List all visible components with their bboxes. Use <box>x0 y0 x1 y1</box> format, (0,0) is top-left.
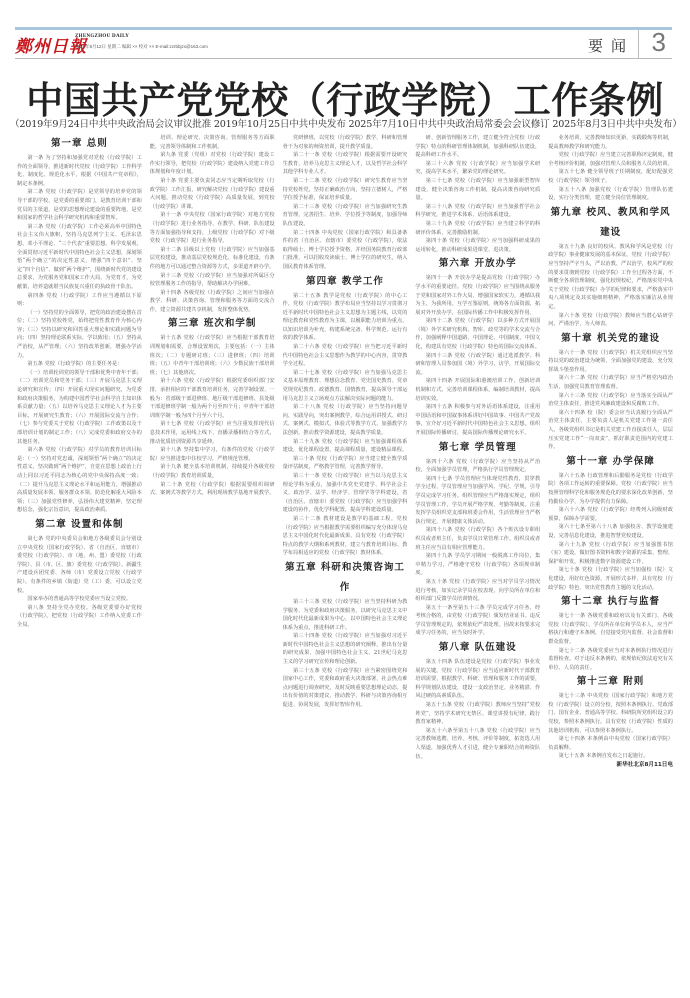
page-number-divider <box>638 30 639 58</box>
article-paragraph: 第十三条 党校（行政学院）应当加强对所属区分校管理服务工作的指导，帮助解决办学困… <box>150 272 275 289</box>
article-paragraph: 第六十三条 党校（行政学院）应当落实全面从严治党主体责任，推进党风廉政建设和反腐… <box>548 392 673 409</box>
article-paragraph: 第五十七条 健全领导班子任期制度，配好配强党校（行政学院）领导班子。 <box>548 168 673 185</box>
article-paragraph: 第三十三条 党校（行政学院）应当坚持科研为教学服务、为党委和政府决策服务，以研究… <box>283 598 408 632</box>
article-paragraph: 第四十九条 学员学习期间一般脱离工作岗位，集中精力学习，严格遵守党校（行政学院）… <box>415 552 540 578</box>
newspaper-name-en: ZHENGZHOU DAILY <box>75 34 129 39</box>
article-paragraph: 第六十九条 党校（行政学院）应当加强图书馆（室）建设，做好图书资料和数字资源的采… <box>548 541 673 567</box>
article-paragraph: 第四条 党校（行政学院）工作应当遵循以下原则： <box>17 292 142 309</box>
article-paragraph: 第三十九条 党校（行政学院）应当建立科学的科研评价体系，完善激励机制。 <box>415 220 540 237</box>
article-paragraph: 第七条 党的中央委员会和地方各级委员会分别设立中央党校（国家行政学院）、省（自治… <box>17 535 142 595</box>
article-paragraph: 第六条 党校（行政学院）对学员的教育培训目标是：（一）坚持对党忠诚，深刻领悟“两… <box>17 446 142 515</box>
article-paragraph: 第二十一条 党校（行政学院）根据需要开设研究生教育，培养马克思主义理论人才，以及… <box>283 151 408 177</box>
article-paragraph: 第二十六条 党校（行政学院）应当把习近平新时代中国特色社会主义思想作为教学的中心… <box>283 343 408 369</box>
article-paragraph: 第四十二条 党校（行政学院）以多种方式开展国（境）外学术研究机构、智库、政党等的… <box>415 317 540 351</box>
article-paragraph: 第七十四条 本条例由中央党校（国家行政学院）负责解释。 <box>548 735 673 752</box>
article-paragraph: 第九条 党委（党组）对党校（行政学院）建设工作实行领导，把党校（行政学院）建设纳… <box>150 151 275 177</box>
article-paragraph: 第二十二条 党校（行政学院）研究生教育应当坚持党校姓党，坚持正确政治方向，坚持立… <box>283 177 408 203</box>
article-paragraph: 第二十三条 党校（行政学院）应当加强研究生教育管理，完善招生、培养、学位授予等制… <box>283 203 408 229</box>
article-paragraph: 第六十七条至第六十八条 加强校舍、教学设施建设，完善信息化建设，推进智慧党校建设… <box>548 523 673 540</box>
article-paragraph: 第三条 党校（行政学院）工作必须高举中国特色社会主义伟大旗帜，坚持马克思列宁主义… <box>17 223 142 292</box>
chapter-heading: 第五章 科研和决策咨询工作 <box>283 558 408 598</box>
article-paragraph: 第五十六条至第五十八条 党校（行政学院）应当完善教师选聘、培养、考核、评价等制度… <box>415 727 540 761</box>
article-byline: 新华社北京8月11日电 <box>548 761 673 770</box>
article-paragraph: 第七十一条 各级党委和政府以及有关部门、各级党校（行政学院）、学员所在单位和学员… <box>548 612 673 646</box>
article-paragraph: 第五十四条 队伍建设是党校（行政学院）事业发展的关键。党校（行政学院）应当适应新… <box>415 658 540 701</box>
article-paragraph: 第十二条 县级以上党校（行政学院）应当加强基层党校建设，推动基层党校规范化、标准… <box>150 246 275 272</box>
page-number: 3 <box>652 27 666 58</box>
article-paragraph: 第六十条 党校（行政学院）教师应当潜心钻研学问，严谨治学，为人师表。 <box>548 312 673 329</box>
article-paragraph: 第三十条 党校（行政学院）应当建立健全教学质量评估制度，严格教学管理，完善教学督… <box>283 455 408 472</box>
article-paragraph: 第六十五条 行政管理和后勤服务是党校（行政学院）各项工作运转的重要保障。党校（行… <box>548 472 673 506</box>
column-4: 研、创新管理服务工作，建立健全符合党校（行政学院）特点的科研管理体制机制，加强科… <box>415 134 540 988</box>
article-paragraph: 第五条 党校（行政学院）的主要任务是： <box>17 360 142 369</box>
chapter-heading: 第三章 班次和学制 <box>150 314 275 334</box>
chapter-heading: 第六章 开放办学 <box>415 254 540 274</box>
column-3: 党研修班，以党校（行政学院）教学、科研和管理骨干为对象的师资培训，提升教学质量。… <box>283 134 408 988</box>
article-paragraph: 第五十八条 加强党校（行政学院）管理队伍建设，实行分类管理，建立健全岗位管理制度… <box>548 186 673 203</box>
article-paragraph: 第三十一条 党校（行政学院）应当以马克思主义理论学科为重点，加强中共党史党建学、… <box>283 472 408 515</box>
article-paragraph: 第三十八条 党校（行政学院）应当加强哲学社会科学研究，推进学术体系、话语体系建设… <box>415 203 540 220</box>
chapter-heading: 第十三章 附则 <box>548 672 673 692</box>
article-paragraph: 第四十三条 党校（行政学院）通过选派教学、科研和管理人员参加国（境）外学习、访学… <box>415 352 540 378</box>
article-paragraph: 第十六条 党校（行政学院）根据党委组织部门安排，承担相应的干部教育培训任务，完善… <box>150 377 275 420</box>
article-paragraph: 第六十一条 党校（行政学院）机关党组织应当坚持以党的政治建设为统领，全面加强党的… <box>548 349 673 375</box>
masthead: 鄭州日報 ZHENGZHOU DAILY 2025年8月12日 星期二 编辑 ×… <box>15 30 672 59</box>
section-label: 要闻 <box>588 35 634 56</box>
article-paragraph: 第五十一条至第五十三条 学员完成学习任务，经考核合格的，由党校（行政学院）颁发结… <box>415 604 540 638</box>
article-paragraph: 第七十二条 各级党委应当对本条例执行情况进行监督检查。对于违反本条例的，依规依纪… <box>548 647 673 673</box>
article-paragraph: 第十条 党委主要负责同志应当定期听取党校（行政学院）工作汇报，研究解决党校（行政… <box>150 177 275 211</box>
chapter-heading: 第一章 总则 <box>17 134 142 154</box>
chapter-heading: 第十章 机关党的建设 <box>548 329 673 349</box>
article-paragraph: 第三十四条 党校（行政学院）应当加强对习近平新时代中国特色社会主义思想的研究阐释… <box>283 632 408 666</box>
article-paragraph: 第十五条 党校（行政学院）应当根据干部教育培训规划和需要，合理设置班次，主要包括… <box>150 334 275 377</box>
chapter-heading: 第十二章 执行与监督 <box>548 592 673 612</box>
article-paragraph: 第四十四条 开展国际和港澳培训工作，创新培训机制和方式，完善培训课程体系，编制培… <box>415 377 540 403</box>
article-paragraph: 第十一条 中央党校（国家行政学院）对地方党校（行政学院）进行业务指导，在教学、科… <box>150 211 275 245</box>
article-paragraph: 培训、理论研究、决策咨询、管理服务等方面职能，完善领导体制和工作机制。 <box>150 134 275 151</box>
article-paragraph: 第二十八条 党校（行政学院）应当坚持问题导向、实践导向，突出案例教学，综合运用讲… <box>283 403 408 437</box>
article-paragraph: 第一条 为了坚持和加强党对党校（行政学院）工作的全面领导，推进新时代党校（行政学… <box>17 154 142 188</box>
article-paragraph: 第八条 坚持全党办党校。各级党委要办好党校（行政学院），把党校（行政学院）工作纳… <box>17 604 142 630</box>
article-paragraph: 第五十五条 党校（行政学院）教师应当坚持“党校姓党”，坚持学术研究无禁区、课堂讲… <box>415 701 540 727</box>
article-paragraph: 第十七条 党校（行政学院）应当注重发挥现代信息技术作用，运用线上线下、直播录播相… <box>150 420 275 446</box>
article-paragraph: 第四十七条 学员管理应当体现党性教育，贯穿教学全过程，学员管理应当加强学风、学纪… <box>415 475 540 527</box>
article-paragraph: 第十九条 健全基本培训机制，持续提升各级党校（行政学院）教育培训质量。 <box>150 463 275 480</box>
article-paragraph: （一）培训轮训党的领导干部和优秀中青年干部；（二）培训党员和党务干部；（三）开展… <box>17 369 142 446</box>
article-paragraph: 第二条 党校（行政学院）是党领导的培养党的领导干部的学校，是党委的重要部门，是教… <box>17 188 142 222</box>
article-paragraph: 第二十条 党校（行政学院）根据需要组织调研式、案例式等教学方式，利用现场教学基地… <box>150 481 275 498</box>
article-subhead: （2019年9月24日中共中央政治局会议审议批准 2019年10月25日中共中央… <box>10 116 680 130</box>
chapter-heading: 第四章 教学工作 <box>283 272 408 292</box>
article-paragraph: 第十四条 各级党校（行政学院）之间应当加强在教学、科研、决策咨询、管理和服务等方… <box>150 289 275 315</box>
article-paragraph: （一）坚持党的全面领导，把党的政治建设摆在首位；（二）坚持党校姓党，始终把党性教… <box>17 309 142 361</box>
article-paragraph: 第二十四条 中央党校（国家行政学院）和具备条件的省（自治区、直辖市）委党校（行政… <box>283 229 408 272</box>
article-paragraph: 第四十条 党校（行政学院）应当加强科研成果的运用转化，推动科研成果进课堂、进决策… <box>415 237 540 254</box>
article-paragraph: 国家举办的普通高等学校党委应当设立党校。 <box>17 595 142 604</box>
article-paragraph: 第二十九条 党校（行政学院）应当加强课程体系建设，优化课程设置，提高课程质量，建… <box>283 438 408 455</box>
chapter-heading: 第八章 队伍建设 <box>415 638 540 658</box>
article-paragraph: 研、创新管理服务工作，建立健全符合党校（行政学院）特点的科研管理体制机制，加强科… <box>415 134 540 160</box>
chapter-heading: 第二章 设置和体制 <box>17 515 142 535</box>
article-paragraph: 党校（行政学院）应当建立完善职称评定制度，健全考核评价机制，加强对管理人员和服务… <box>548 151 673 168</box>
chapter-heading: 第七章 学员管理 <box>415 438 540 458</box>
column-2: 培训、理论研究、决策咨询、管理服务等方面职能，完善领导体制和工作机制。第九条 党… <box>150 134 275 988</box>
chapter-heading: 第十一章 办学保障 <box>548 452 673 472</box>
article-paragraph: 第三十二条 教材建设是教学的基础工程。党校（行政学院）应当根据教学需要组织编写充… <box>283 515 408 558</box>
article-paragraph: 第三十五条 党校（行政学院）应当紧密围绕党和国家中心工作，党委和政府重大决策部署… <box>283 667 408 710</box>
article-paragraph: 第四十五条 积极参与对外话语体系建设，注重用中国话语和中国叙事体系讲好中国故事、… <box>415 403 540 437</box>
article-paragraph: 第十八条 坚持集中学习，有条件的党校（行政学院）应当推进集中住校学习，严格规范管… <box>150 446 275 463</box>
column-5: 业务培训，完善教师知识更新、实践锻炼等机制，提高教师教学和研究能力。党校（行政学… <box>548 134 673 988</box>
article-paragraph: 第三十六条 党校（行政学院）应当加强学术研究，提高学术水平，繁荣党的理论研究。 <box>415 160 540 177</box>
chapter-heading: 第九章 校风、教风和学风建设 <box>548 203 673 243</box>
article-paragraph: 业务培训，完善教师知识更新、实践锻炼等机制，提高教师教学和研究能力。 <box>548 134 673 151</box>
column-1: 第一章 总则第一条 为了坚持和加强党对党校（行政学院）工作的全面领导，推进新时代… <box>17 134 142 988</box>
article-body: 第一章 总则第一条 为了坚持和加强党对党校（行政学院）工作的全面领导，推进新时代… <box>17 134 673 988</box>
article-paragraph: 第四十八条 党校（行政学院）各个班次设专职组织员或者班主任，负责学员日常管理工作… <box>415 526 540 552</box>
article-paragraph: 党研修班，以党校（行政学院）教学、科研和管理骨干为对象的师资培训，提升教学质量。 <box>283 134 408 151</box>
article-paragraph: 第七十五条 本条例自发布之日起施行。 <box>548 752 673 761</box>
article-paragraph: 第四十一条 开放办学是提高党校（行政学院）办学水平的重要途径。党校（行政学院）应… <box>415 274 540 317</box>
article-paragraph: 第七十三条 中央党校（国家行政学院）和地方党校（行政学院）设立的分校，按照本条例… <box>548 692 673 735</box>
issue-info: 2025年8月12日 星期二 编辑 ×× 校对 ×× E-mail:zzrbbj… <box>75 44 208 50</box>
article-paragraph: 第五十九条 良好的校风、教风和学风是党校（行政学院）事业健康发展的基本保证。党校… <box>548 243 673 312</box>
article-paragraph: 第二十七条 党校（行政学院）应当加强马克思主义基本原理教育、理想信念教育、党史国… <box>283 369 408 403</box>
article-paragraph: 第三十七条 党校（行政学院）应当加强新型智库建设，健全决策咨询工作机制，提高决策… <box>415 177 540 203</box>
article-paragraph: 第六十二条 党校（行政学院）应当严格党内政治生活，加强党员教育管理监督。 <box>548 374 673 391</box>
article-paragraph: 第六十六条 党校（行政学院）经费列入同级财政预算，保障办学需要。 <box>548 506 673 523</box>
article-paragraph: 第四十六条 党校（行政学院）应当坚持从严治校，全面加强学员管理，严格执行学员管理… <box>415 458 540 475</box>
article-paragraph: 第七十条 党校（行政学院）应当加强校（院）文化建设，用好红色资源，开展形式多样、… <box>548 566 673 592</box>
article-paragraph: 第六十四条 校（院）委会应当认真履行全面从严治党主体责任，主要负责人是机关党建工… <box>548 409 673 452</box>
article-paragraph: 第五十条 党校（行政学院）应当对学员学习情况进行考核，如实记录学员在校表现，向学… <box>415 578 540 604</box>
article-paragraph: 第二十五条 教学是党校（行政学院）的中心工作。党校（行政学院）教学布局应当坚持以… <box>283 292 408 344</box>
